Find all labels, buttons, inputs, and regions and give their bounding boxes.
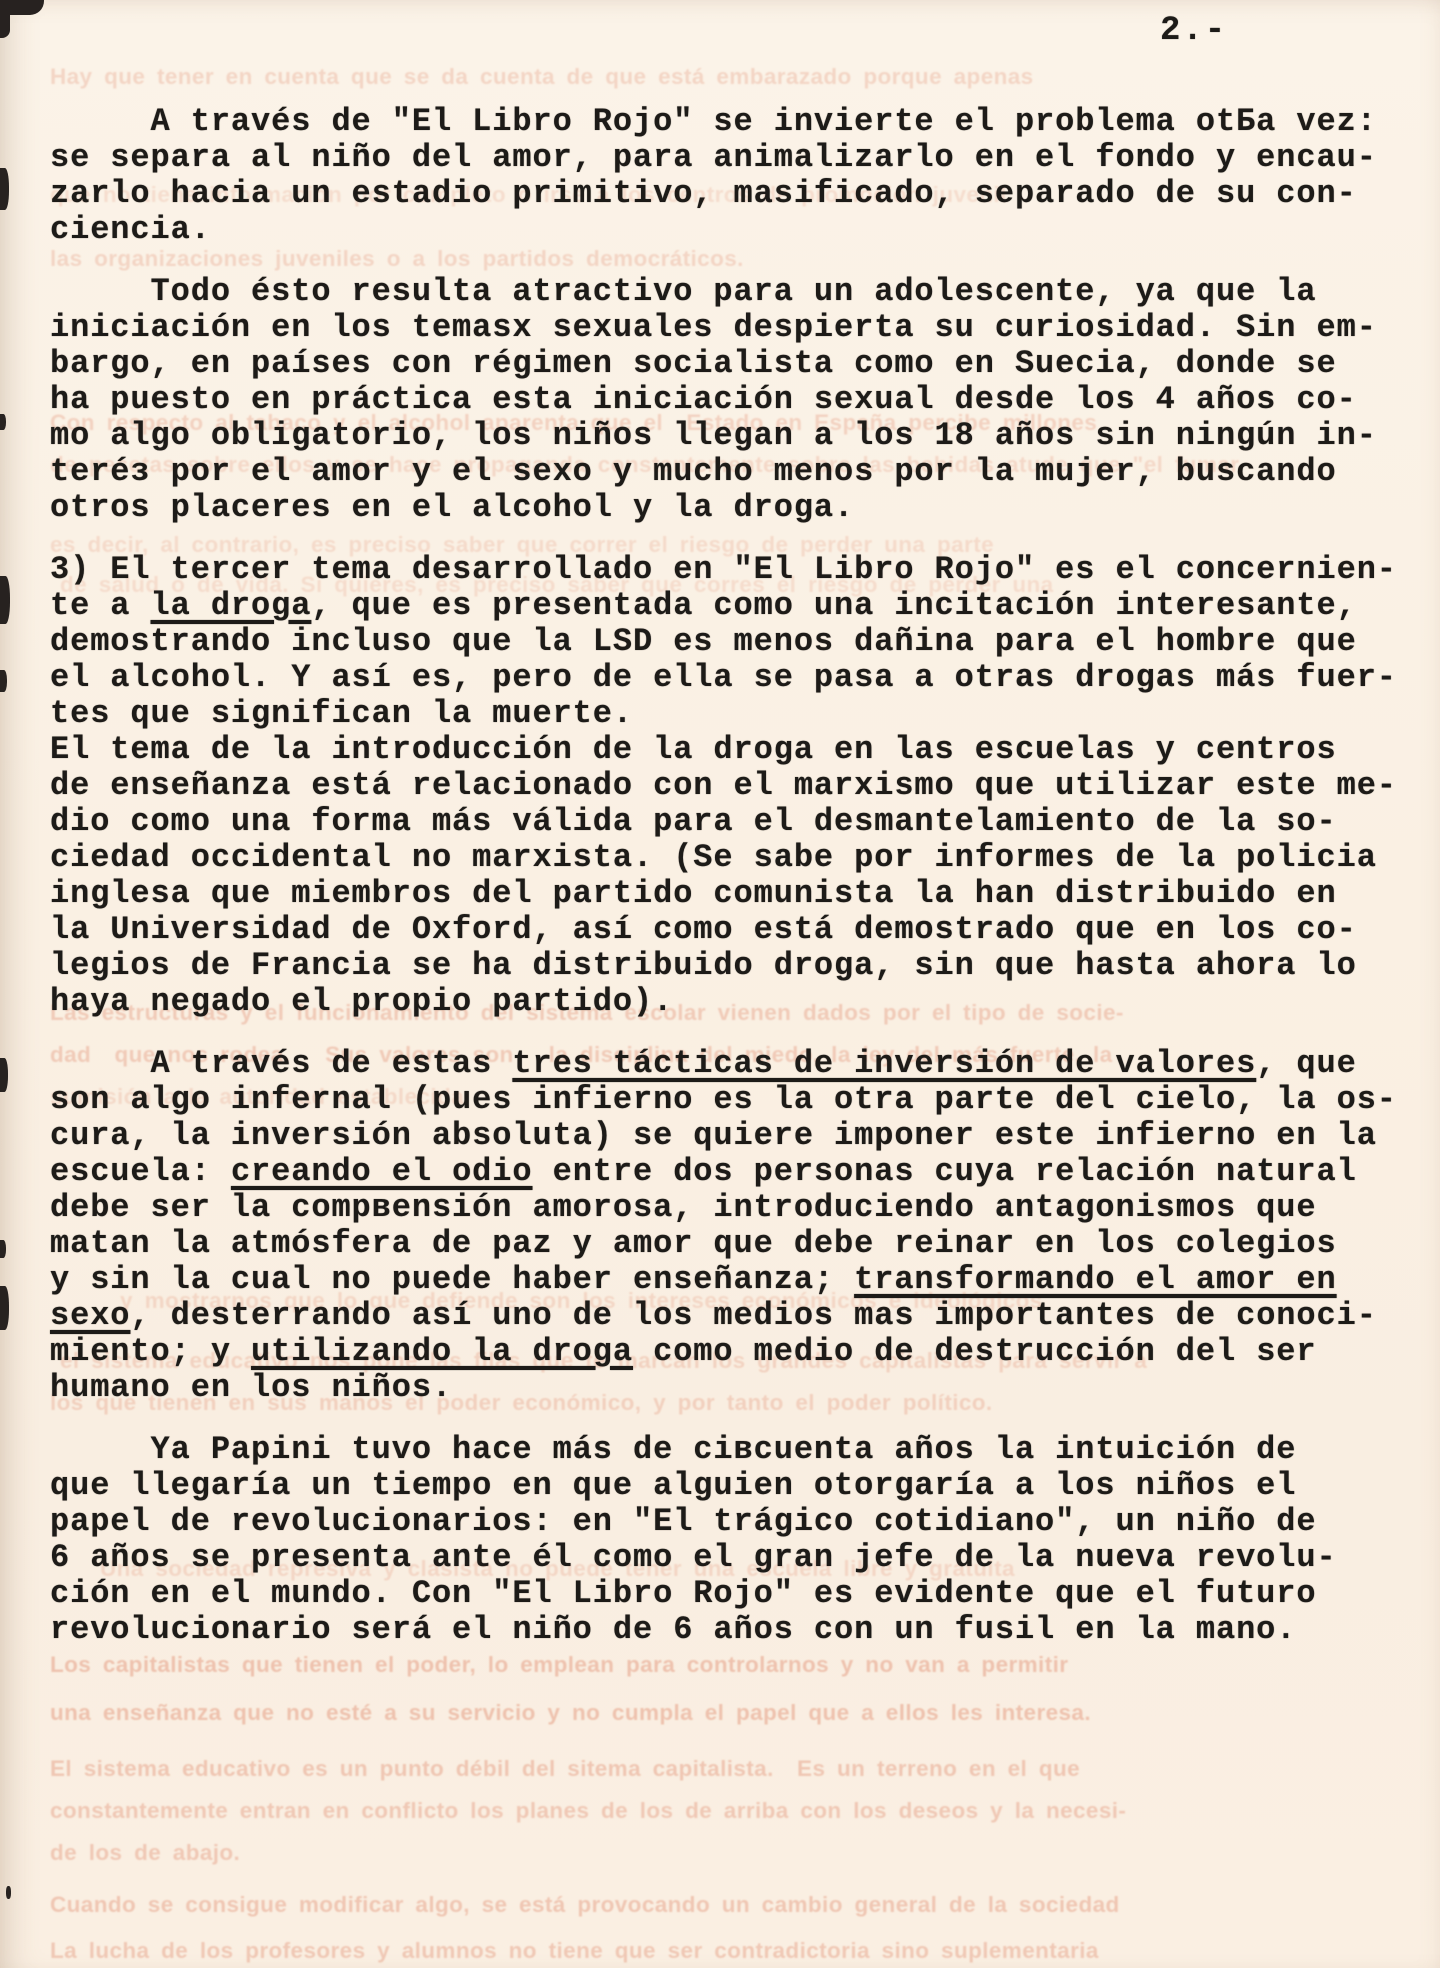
text-line: miento; y utilizando la droga como medio… xyxy=(50,1334,1440,1370)
paragraph: 3) El tercer tema desarrollado en "El Li… xyxy=(50,552,1440,1020)
text-line: son algo infernal (pues infierno es la o… xyxy=(50,1082,1440,1118)
text-line: legios de Francia se ha distribuido drog… xyxy=(50,948,1440,984)
text-line: tes que significan la muerte. xyxy=(50,696,1440,732)
paragraph: A través de estas tres tácticas de inver… xyxy=(50,1046,1440,1406)
text-line: 6 años se presenta ante él como el gran … xyxy=(50,1540,1440,1576)
text-line: inglesa que miembros del partido comunis… xyxy=(50,876,1440,912)
text-line: sexo, desterrando así uno de los medios … xyxy=(50,1298,1440,1334)
paragraph: A través de "El Libro Rojo" se invierte … xyxy=(50,104,1440,248)
scan-artifact xyxy=(0,576,10,624)
text-line: se separa al niño del amor, para animali… xyxy=(50,140,1440,176)
text-line: humano en los niños. xyxy=(50,1370,1440,1406)
text-line: zarlo hacia un estadio primitivo, masifi… xyxy=(50,176,1440,212)
bleedthrough-line: El sistema educativo es un punto débil d… xyxy=(50,1756,1080,1782)
text-line: la Universidad de Oxford, así como está … xyxy=(50,912,1440,948)
text-line: haya negado el propio partido). xyxy=(50,984,1440,1020)
text-line: Ya Papini tuvo hace más de ciвcuenta año… xyxy=(50,1432,1440,1468)
text-line: papel de revolucionarios: en "El trágico… xyxy=(50,1504,1440,1540)
text-line: bargo, en países con régimen socialista … xyxy=(50,346,1440,382)
text-line: debe ser la compвensión amorosa, introdu… xyxy=(50,1190,1440,1226)
text-line: otros placeres en el alcohol y la droga. xyxy=(50,490,1440,526)
bleedthrough-line: una enseñanza que no esté a su servicio … xyxy=(50,1700,1091,1726)
text-line: cura, la inversión absoluta) se quiere i… xyxy=(50,1118,1440,1154)
text-line: te a la droga, que es presentada como un… xyxy=(50,588,1440,624)
text-line: ciencia. xyxy=(50,212,1440,248)
text-line: Todo ésto resulta atractivo para un adol… xyxy=(50,274,1440,310)
scan-artifact xyxy=(0,670,7,692)
bleedthrough-line: constantemente entran en conflicto los p… xyxy=(50,1798,1126,1824)
text-line: revolucionario será el niño de 6 años co… xyxy=(50,1612,1440,1648)
bleedthrough-line: de los de abajo. xyxy=(50,1840,240,1866)
text-line: A través de "El Libro Rojo" se invierte … xyxy=(50,104,1440,140)
scanned-document-page: Hay que tener en cuenta que se da cuenta… xyxy=(0,0,1440,1968)
text-line: mo algo obligatorio, los niños llegan a … xyxy=(50,418,1440,454)
scan-artifact xyxy=(0,1286,9,1330)
bleedthrough-line: Hay que tener en cuenta que se da cuenta… xyxy=(50,64,1034,90)
paragraph: Todo ésto resulta atractivo para un adol… xyxy=(50,274,1440,526)
text-line: teréз por el amor y el sexo y mucho meno… xyxy=(50,454,1440,490)
text-line: El tema de la introducción de la droga e… xyxy=(50,732,1440,768)
typewritten-text: A través de "El Libro Rojo" se invierte … xyxy=(50,104,1440,1674)
text-line: el alcohol. Y así es, pero de ella se pa… xyxy=(50,660,1440,696)
text-line: ciedad occidental no marxista. (Se sabe … xyxy=(50,840,1440,876)
scan-artifact xyxy=(0,0,10,38)
scan-artifact xyxy=(6,1886,11,1899)
scan-artifact xyxy=(0,1240,6,1258)
bleedthrough-line: La lucha de los profesores y alumnos no … xyxy=(50,1938,1099,1964)
text-line: de enseñanza está relacionado con el mar… xyxy=(50,768,1440,804)
text-line: matan la atmósfera de paz y amor que deb… xyxy=(50,1226,1440,1262)
scan-artifact xyxy=(0,414,6,430)
text-line: A través de estas tres tácticas de inver… xyxy=(50,1046,1440,1082)
text-line: escuela: creando el odio entre dos perso… xyxy=(50,1154,1440,1190)
text-line: demostrando incluso que la LSD es menos … xyxy=(50,624,1440,660)
paragraph: Ya Papini tuvo hace más de ciвcuenta año… xyxy=(50,1432,1440,1648)
page-number: 2.- xyxy=(1160,12,1227,50)
text-line: y sin la cual no puede haber enseñanza; … xyxy=(50,1262,1440,1298)
text-line: que llegaría un tiempo en que alguien ot… xyxy=(50,1468,1440,1504)
text-line: dio como una forma más válida para el de… xyxy=(50,804,1440,840)
text-line: ción en el mundo. Con "El Libro Rojo" es… xyxy=(50,1576,1440,1612)
text-line: iniciación en los temasx sexuales despie… xyxy=(50,310,1440,346)
text-line: ha puesto en práctica esta iniciación se… xyxy=(50,382,1440,418)
text-line: 3) El tercer tema desarrollado en "El Li… xyxy=(50,552,1440,588)
bleedthrough-line: Cuando se consigue modificar algo, se es… xyxy=(50,1892,1120,1918)
scan-artifact xyxy=(0,1058,8,1092)
scan-artifact xyxy=(0,168,9,210)
